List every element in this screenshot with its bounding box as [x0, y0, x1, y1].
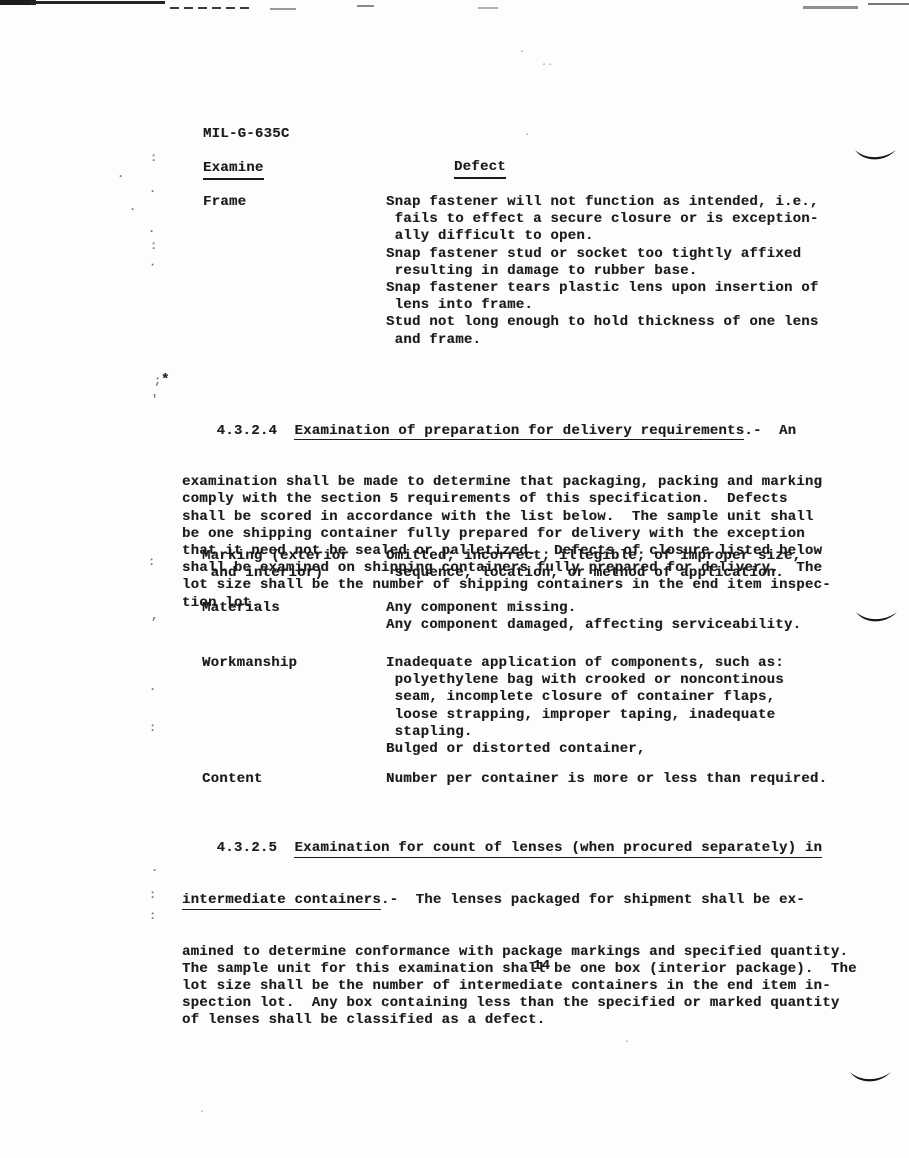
scan-mark: .	[149, 679, 156, 696]
defect-cell: Any component missing. Any component dam…	[386, 600, 801, 634]
examine-cell: Materials	[202, 600, 280, 617]
defect-cell: Inadequate application of components, su…	[386, 655, 784, 758]
defect-cell: Number per container is more or less tha…	[386, 771, 827, 788]
scan-mark: .	[117, 166, 124, 183]
section-heading-underlined: Examination of preparation for delivery …	[294, 423, 744, 441]
margin-asterisk: *	[161, 372, 170, 389]
scan-mark: .	[148, 221, 155, 238]
scan-mark: '	[151, 392, 158, 409]
section-4-3-2-4-heading-line: 4.3.2.4 Examination of preparation for d…	[182, 423, 831, 440]
defect-column-header: Defect	[454, 159, 506, 179]
scan-mark: .	[149, 181, 156, 198]
section-number: 4.3.2.4	[182, 423, 294, 439]
scan-mark: :	[149, 720, 156, 737]
page-number: 14	[533, 958, 550, 975]
scan-swoosh-mark	[848, 1068, 894, 1086]
scan-mark: .	[129, 199, 136, 216]
scan-swoosh-mark	[854, 608, 900, 626]
defect-cell: Omitted; incorrect; illegible; of improp…	[386, 548, 801, 582]
scan-speck: .	[199, 1102, 205, 1119]
scan-edge-line	[478, 7, 498, 9]
scan-dashed-mark	[170, 7, 252, 9]
scan-mark: ,	[151, 608, 158, 625]
scan-mark: :	[148, 554, 155, 571]
scan-swoosh-mark	[853, 146, 899, 164]
scan-edge-line	[357, 5, 374, 7]
scan-edge-line	[803, 6, 858, 9]
heading-suffix: .- An	[744, 423, 796, 439]
scan-edge-line	[270, 8, 296, 10]
examine-cell-frame: Frame	[203, 194, 246, 211]
scan-mark: ·	[149, 257, 156, 274]
doc-spec-number: MIL-G-635C	[203, 126, 290, 143]
examine-column-header: Examine	[203, 160, 264, 180]
examine-cell: Workmanship	[202, 655, 297, 672]
section-4-3-2-5-heading-line2: intermediate containers.- The lenses pac…	[182, 892, 857, 909]
scan-mark: :	[150, 238, 157, 255]
examine-cell: Marking (exterior and interior)	[202, 548, 349, 582]
examine-cell: Content	[202, 771, 263, 788]
section-4-3-2-4-body: examination shall be made to determine t…	[182, 474, 831, 612]
scan-speck: ·	[524, 127, 530, 144]
scan-mark: .	[151, 860, 158, 877]
heading-suffix: .- The lenses packaged for shipment shal…	[381, 892, 805, 908]
scan-mark: :	[150, 150, 157, 167]
scan-mark: :	[149, 887, 156, 904]
scan-edge-line	[868, 3, 909, 5]
section-4-3-2-5: 4.3.2.5 Examination for count of lenses …	[182, 806, 857, 1064]
section-heading-underlined: Examination for count of lenses (when pr…	[294, 840, 822, 858]
section-heading-underlined: intermediate containers	[182, 892, 381, 910]
section-number: 4.3.2.5	[182, 840, 294, 856]
scan-speck: .	[519, 42, 525, 59]
scan-edge-line	[30, 1, 165, 4]
defect-cell-frame: Snap fastener will not function as inten…	[386, 194, 819, 349]
scan-speck: ..	[541, 55, 554, 72]
section-4-3-2-5-body: amined to determine conformance with pac…	[182, 944, 857, 1030]
scan-mark: :	[149, 908, 156, 925]
section-4-3-2-5-heading-line1: 4.3.2.5 Examination for count of lenses …	[182, 840, 857, 857]
scanned-document-page: : . . . . : · ; ' : , . : . : : . .. · .…	[0, 0, 909, 1158]
